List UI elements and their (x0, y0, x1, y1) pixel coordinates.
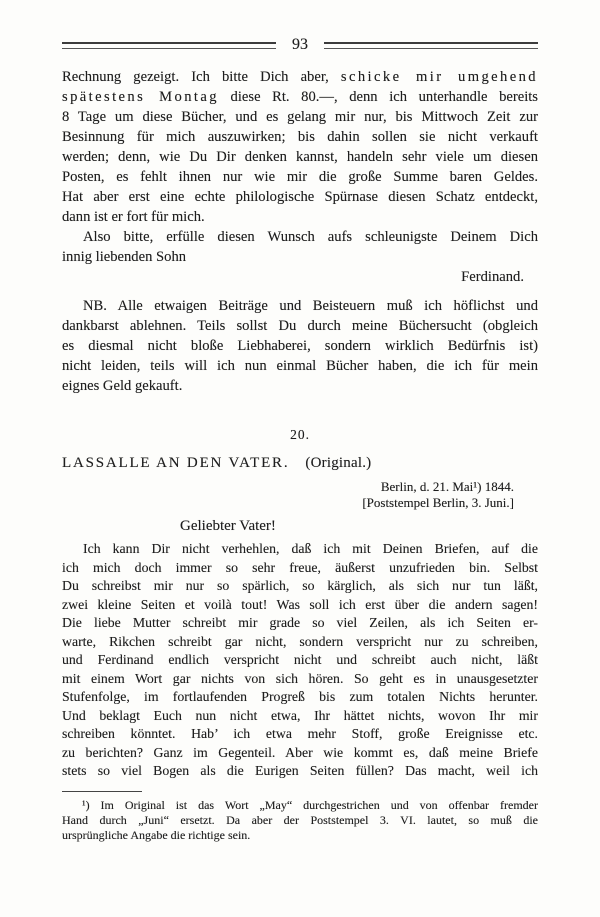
text-line: es diesmal nicht bloße Liebhaberei, sond… (62, 336, 538, 356)
text-line: Hat aber erst eine echte philologische S… (62, 187, 538, 207)
text-line: Ich kann Dir nicht verhehlen, daß ich mi… (62, 540, 538, 559)
text-segment: diese Rt. 80.—, denn ich unterhandle ber… (219, 89, 538, 105)
text-line: Berlin, d. 21. Mai¹) 1844. (62, 479, 514, 495)
text-line: [Poststempel Berlin, 3. Juni.] (62, 495, 514, 511)
emphasized-text: spätestens Montag (62, 89, 219, 105)
text-line: stets so viel Bogen als die Eurigen Seit… (62, 762, 538, 781)
text-line: ursprüngliche Angabe die richtige sein. (62, 828, 538, 843)
emphasized-text: schicke mir umgehend (341, 69, 538, 85)
text-line: Stufenfolge, im fortlaufenden Progreß bi… (62, 688, 538, 707)
text-line: zu berichten? Ganz im Gegenteil. Aber wi… (62, 744, 538, 763)
salutation: Geliebter Vater! (62, 517, 538, 535)
text-line: werden; denn, wie Du Dir denken kannst, … (62, 147, 538, 167)
text-line: Du schreibst mir nur so spärlich, so kär… (62, 577, 538, 596)
footnote: ¹) Im Original ist das Wort „May“ durchg… (62, 798, 538, 843)
text-line: spätestens Montag diese Rt. 80.—, denn i… (62, 87, 538, 107)
header-rule-right (324, 42, 538, 49)
text-line: schreiben könntet. Hab’ ich etwa mehr St… (62, 725, 538, 744)
letter-title-note: (Original.) (305, 455, 371, 471)
text-line: warte, Rikchen schreibt gar nicht, sonde… (62, 633, 538, 652)
text-line: 8 Tage um diese Bücher, und es gelang mi… (62, 107, 538, 127)
text-line: Hand durch „Juni“ ersetzt. Da aber der P… (62, 813, 538, 828)
footnote-rule (62, 791, 142, 792)
book-page: 93 Rechnung gezeigt. Ich bitte Dich aber… (0, 0, 600, 917)
header-rule-left (62, 42, 276, 49)
text-line: Die liebe Mutter schreibt mir grade so v… (62, 614, 538, 633)
paragraph-continued: Rechnung gezeigt. Ich bitte Dich aber, s… (62, 67, 538, 227)
letter-title: LASSALLE AN DEN VATER. (62, 455, 289, 471)
letter-body: Ich kann Dir nicht verhehlen, daß ich mi… (62, 540, 538, 781)
dateline: Berlin, d. 21. Mai¹) 1844.[Poststempel B… (62, 479, 538, 510)
page-number: 93 (290, 36, 310, 54)
text-line: ich mich doch immer so sehr freue, äußer… (62, 559, 538, 578)
text-line: ¹) Im Original ist das Wort „May“ durchg… (62, 798, 538, 813)
text-line: NB. Alle etwaigen Beiträge und Beisteuer… (62, 296, 538, 316)
text-segment: Rechnung gezeigt. Ich bitte Dich aber, (62, 69, 341, 85)
paragraph-closing: Also bitte, erfülle diesen Wunsch aufs s… (62, 227, 538, 267)
text-line: nicht leiden, teils will ich nun einmal … (62, 356, 538, 376)
paragraph-nb: NB. Alle etwaigen Beiträge und Beisteuer… (62, 296, 538, 396)
text-line: Und beklagt Euch nun nicht etwa, Ihr hät… (62, 707, 538, 726)
text-line: eignes Geld gekauft. (62, 376, 538, 396)
text-line: Also bitte, erfülle diesen Wunsch aufs s… (62, 227, 538, 247)
text-line: zwei kleine Seiten et voilà tout! Was so… (62, 596, 538, 615)
text-line: dankbarst ablehnen. Teils sollst Du durc… (62, 316, 538, 336)
text-line: und Ferdinand endlich verspricht nicht u… (62, 651, 538, 670)
text-line: dann ist er fort für mich. (62, 207, 538, 227)
text-line: Posten, es fehlt ihnen nur wie mir die g… (62, 167, 538, 187)
letter-number: 20. (62, 427, 538, 443)
letter-heading: LASSALLE AN DEN VATER.(Original.) (62, 454, 538, 472)
signature: Ferdinand. (62, 267, 538, 287)
text-line: mit einem Wort gar nichts von sich hören… (62, 670, 538, 689)
text-line: Besinnung für mich auszuwirken; bis dahi… (62, 127, 538, 147)
text-line: innig liebenden Sohn (62, 247, 538, 267)
text-line: Rechnung gezeigt. Ich bitte Dich aber, s… (62, 67, 538, 87)
page-header: 93 (62, 36, 538, 54)
